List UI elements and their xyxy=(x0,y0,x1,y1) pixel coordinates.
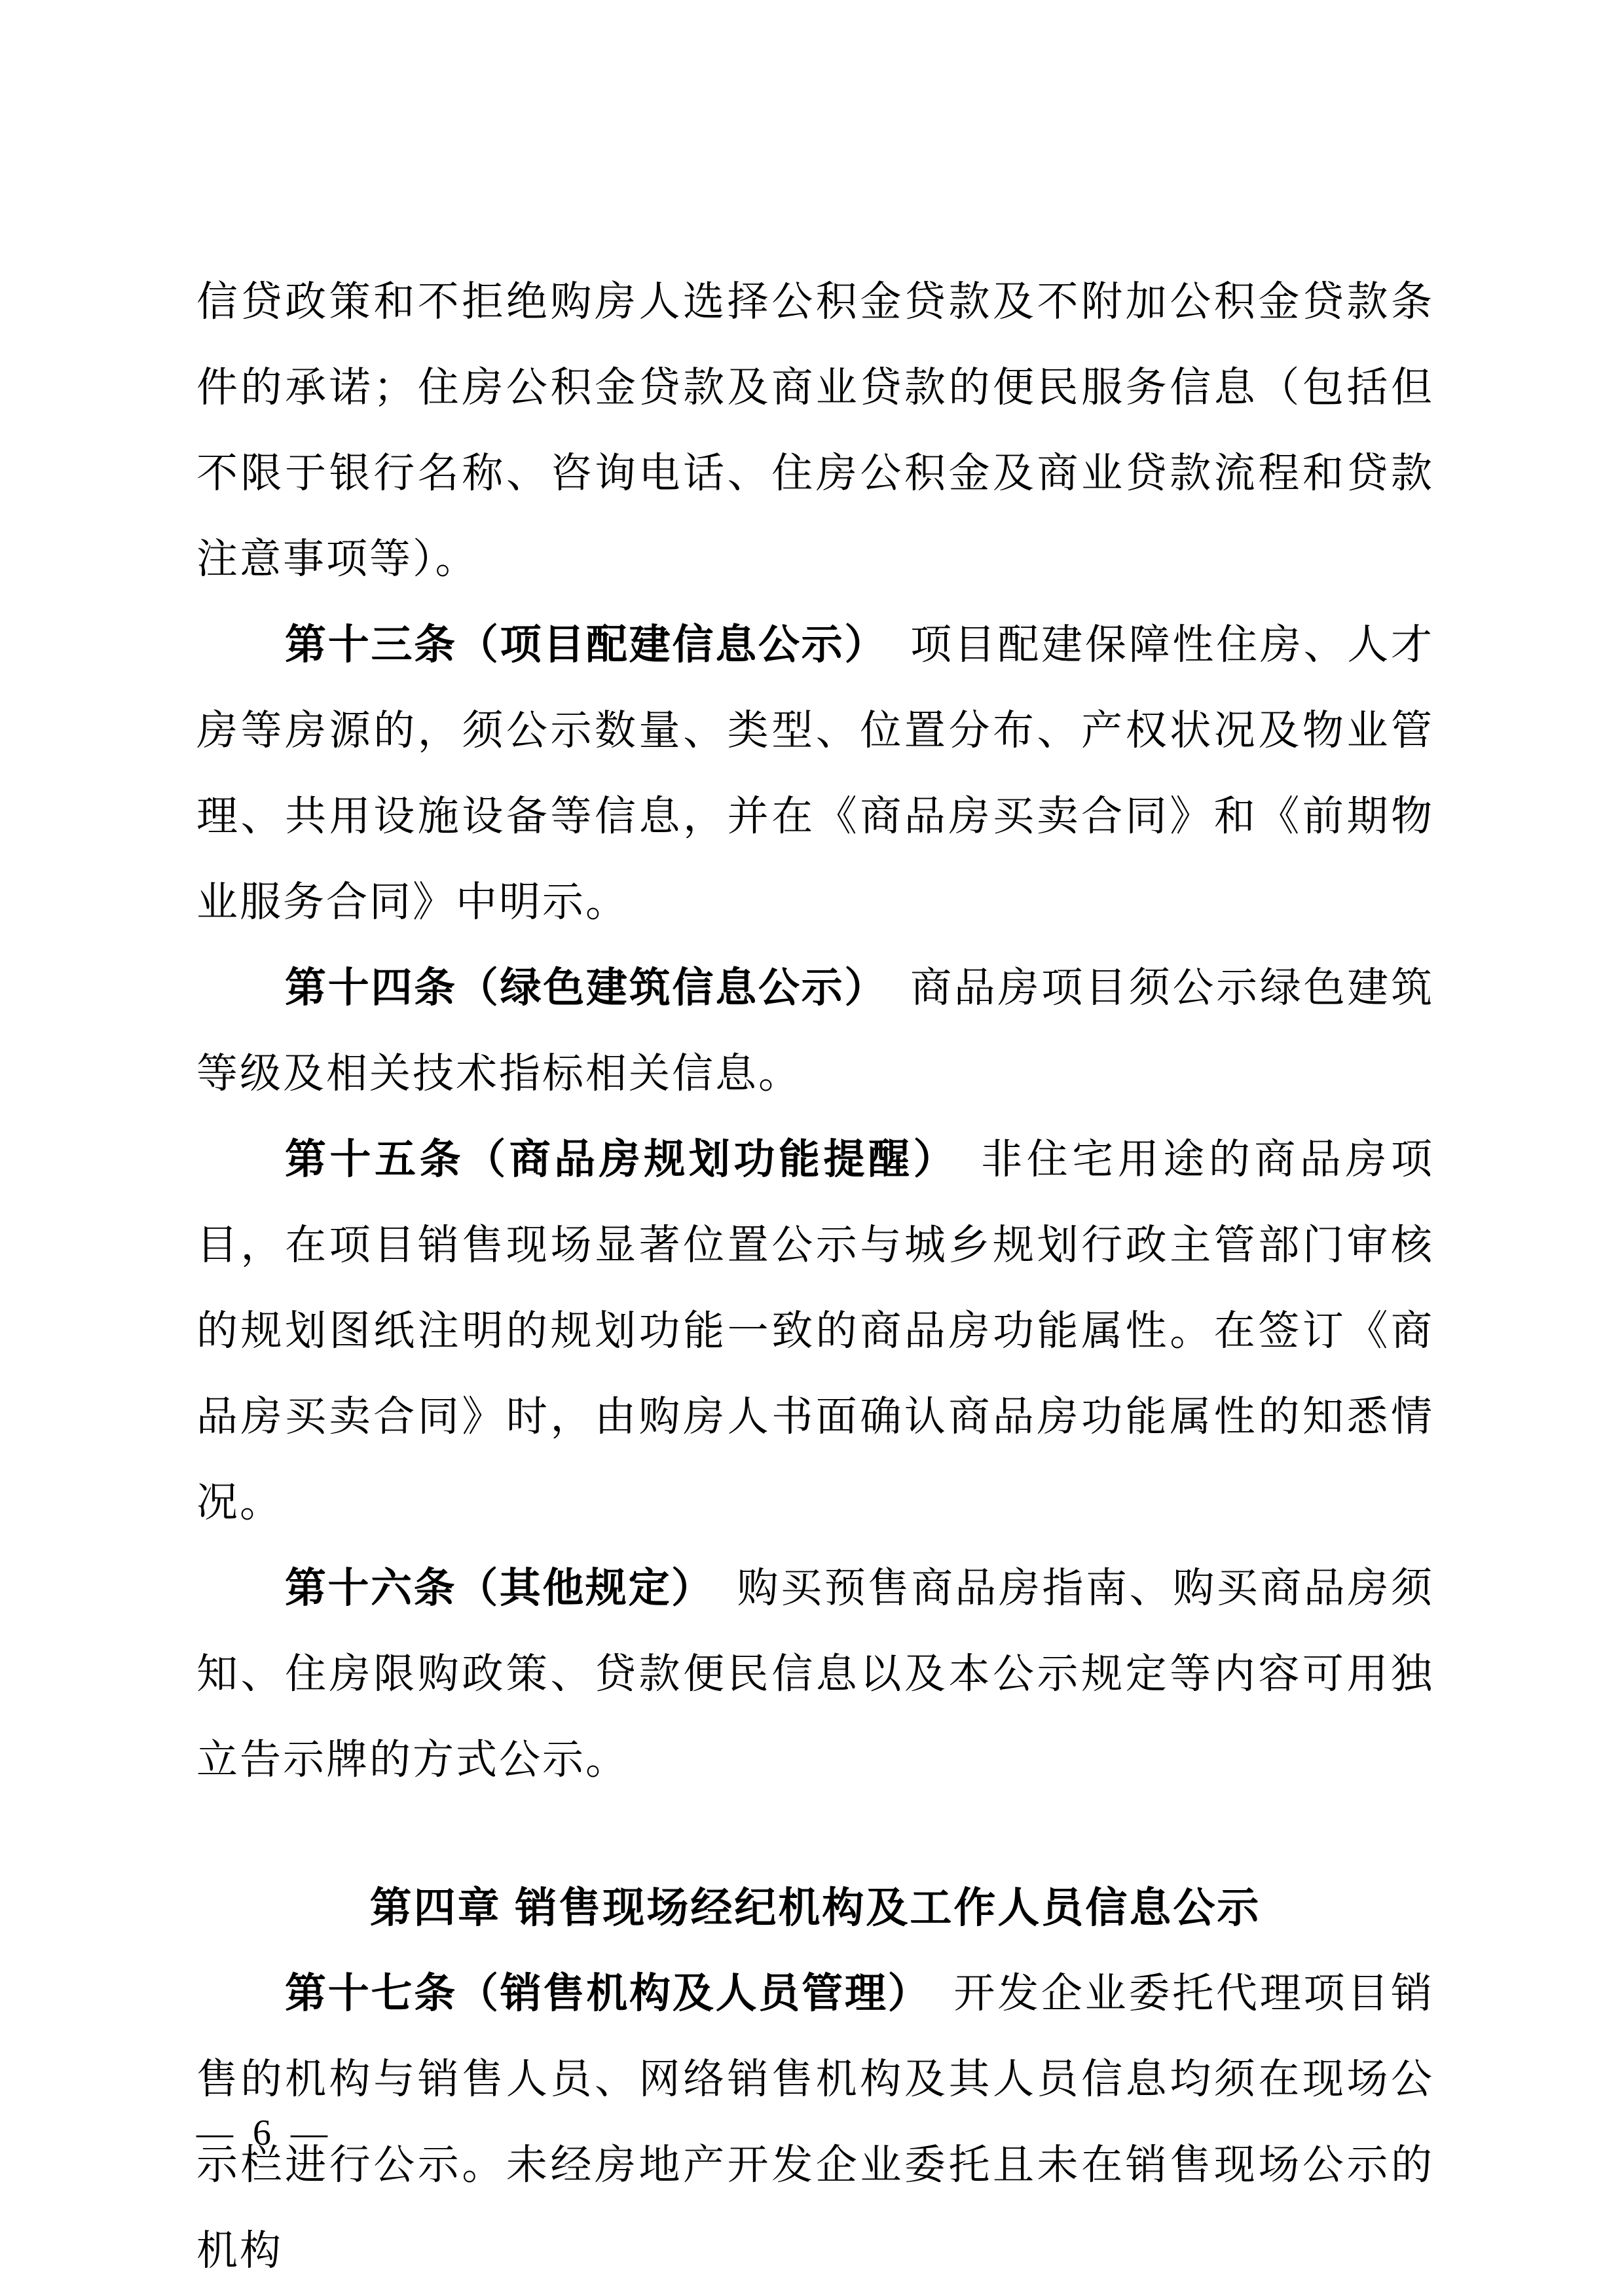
document-content: 信贷政策和不拒绝购房人选择公积金贷款及不附加公积金贷款条件的承诺；住房公积金贷款… xyxy=(196,259,1434,2294)
article-14-paragraph: 第十四条（绿色建筑信息公示）商品房项目须公示绿色建筑等级及相关技术指标相关信息。 xyxy=(196,945,1434,1117)
article-17-paragraph: 第十七条（销售机构及人员管理）开发企业委托代理项目销售的机构与销售人员、网络销售… xyxy=(196,1951,1434,2294)
article-14-label: 第十四条（绿色建筑信息公示） xyxy=(285,965,887,1011)
page-number: — 6 — xyxy=(196,2113,333,2153)
page-footer: — 6 — xyxy=(196,2112,333,2154)
article-15-paragraph: 第十五条（商品房规划功能提醒）非住宅用途的商品房项目，在项目销售现场显著位置公示… xyxy=(196,1117,1434,1546)
document-page: 信贷政策和不拒绝购房人选择公积金贷款及不附加公积金贷款条件的承诺；住房公积金贷款… xyxy=(0,0,1624,2296)
article-15-body: 非住宅用途的商品房项目，在项目销售现场显著位置公示与城乡规划行政主管部门审核的规… xyxy=(196,1137,1434,1525)
article-16-label: 第十六条（其他规定） xyxy=(285,1565,714,1611)
article-13-label: 第十三条（项目配建信息公示） xyxy=(285,622,887,668)
article-17-label: 第十七条（销售机构及人员管理） xyxy=(285,1971,931,2016)
paragraph-credit-policy-continuation: 信贷政策和不拒绝购房人选择公积金贷款及不附加公积金贷款条件的承诺；住房公积金贷款… xyxy=(196,259,1434,602)
article-15-label: 第十五条（商品房规划功能提醒） xyxy=(285,1137,958,1182)
article-16-paragraph: 第十六条（其他规定）购买预售商品房指南、购买商品房须知、住房限购政策、贷款便民信… xyxy=(196,1546,1434,1803)
chapter-4-heading: 第四章 销售现场经纪机构及工作人员信息公示 xyxy=(196,1865,1434,1951)
article-13-paragraph: 第十三条（项目配建信息公示）项目配建保障性住房、人才房等房源的，须公示数量、类型… xyxy=(196,602,1434,945)
